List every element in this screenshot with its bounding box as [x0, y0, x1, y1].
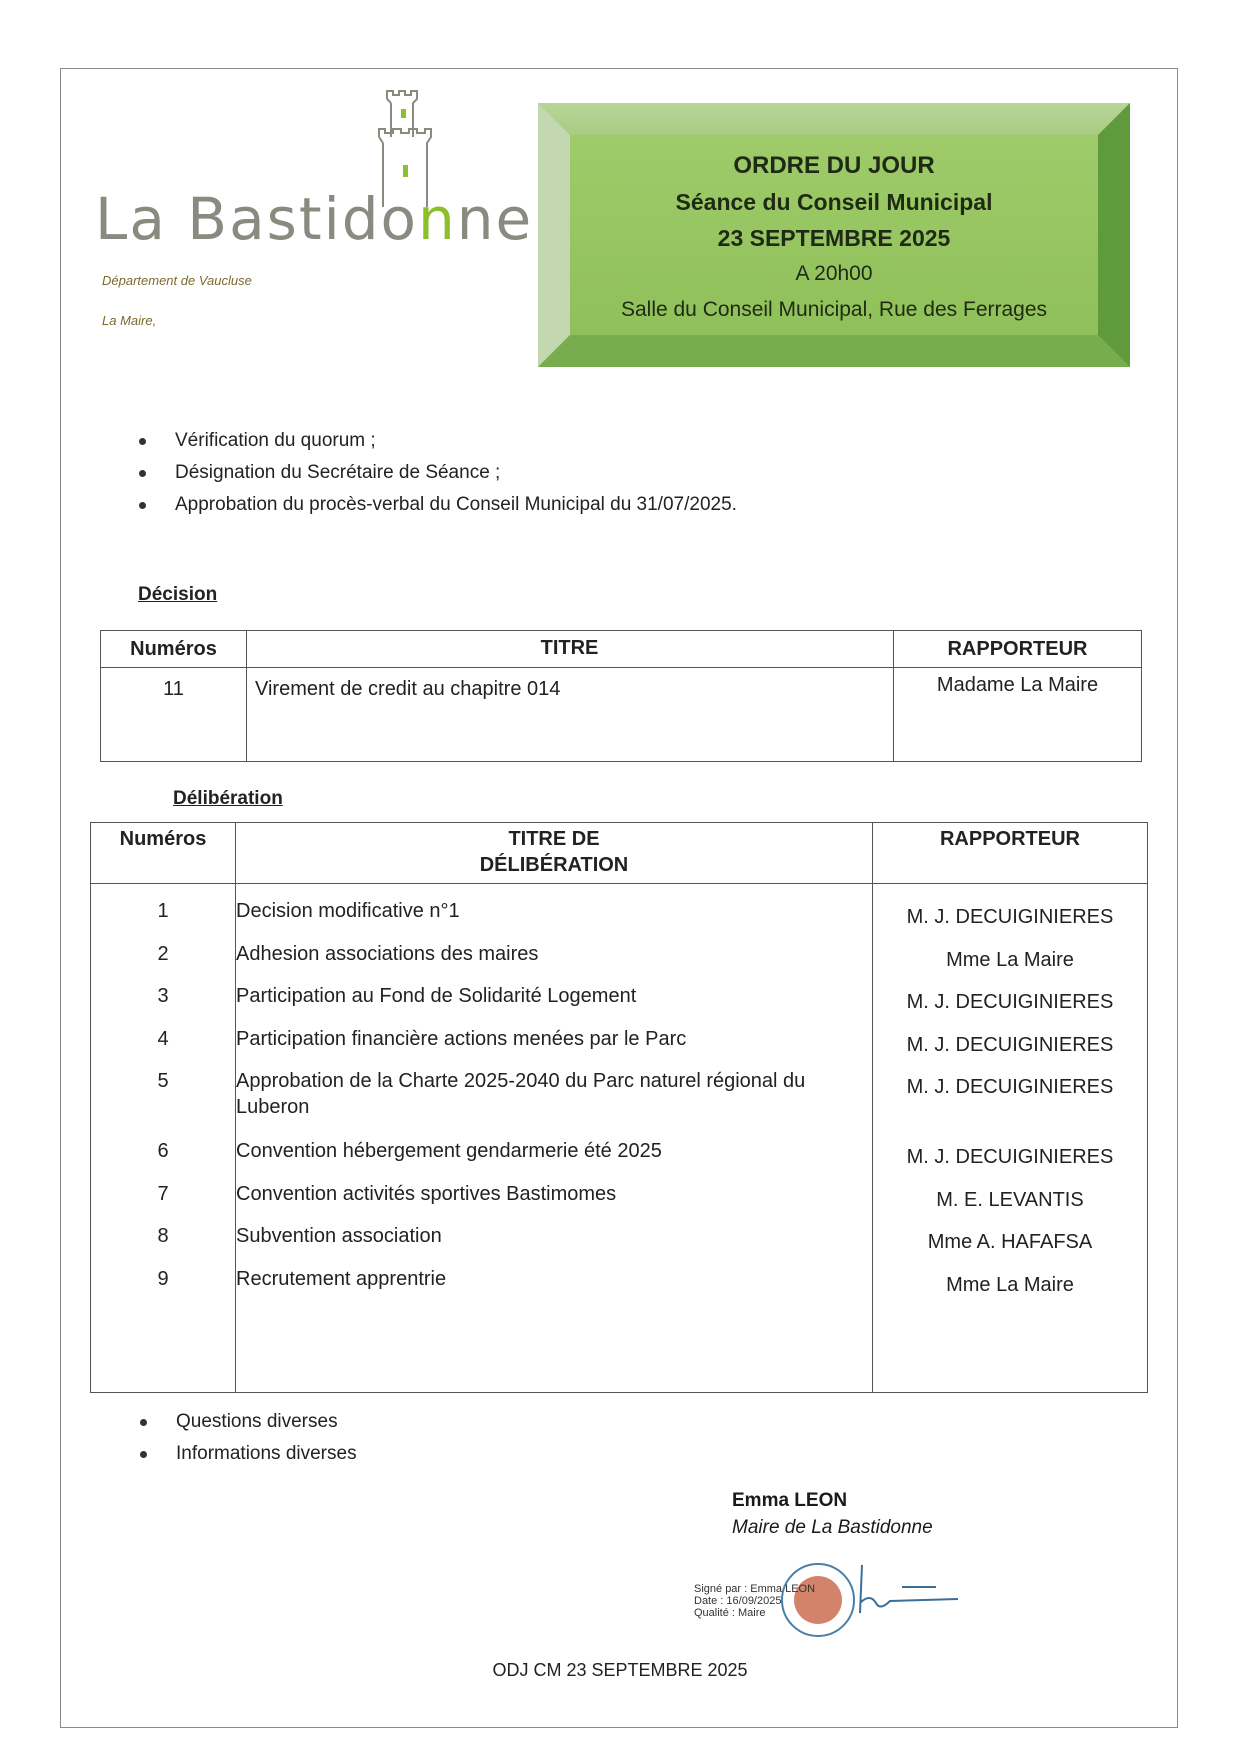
- row-title: Participation financière actions menées …: [236, 1026, 872, 1069]
- deliberation-table: Numéros TITRE DE DÉLIBÉRATION RAPPORTEUR…: [90, 822, 1148, 1393]
- list-item: Informations diverses: [140, 1438, 357, 1470]
- table-row: 11 Virement de credit au chapitre 014 Ma…: [101, 668, 1142, 762]
- row-num: 2: [91, 941, 235, 984]
- page-footer: ODJ CM 23 SEPTEMBRE 2025: [0, 1660, 1240, 1681]
- num-column: 123456789: [91, 884, 236, 1393]
- row-num: 7: [91, 1181, 235, 1224]
- signatory-name: Emma LEON: [732, 1490, 847, 1512]
- row-rapporteur: Mme La Maire: [873, 941, 1147, 984]
- logo: La Bastidonne: [95, 85, 515, 255]
- author-label: La Maire,: [102, 313, 156, 328]
- banner-date: 23 SEPTEMBRE 2025: [538, 220, 1130, 256]
- decision-heading: Décision: [138, 584, 217, 606]
- decision-table: Numéros TITRE RAPPORTEUR 11 Virement de …: [100, 630, 1142, 762]
- col-header-rapporteur: RAPPORTEUR: [873, 823, 1148, 884]
- col-header-num: Numéros: [91, 823, 236, 884]
- list-item: Questions diverses: [140, 1406, 357, 1438]
- row-num: 3: [91, 983, 235, 1026]
- agenda-banner: ORDRE DU JOUR Séance du Conseil Municipa…: [538, 103, 1130, 367]
- banner-time: A 20h00: [538, 256, 1130, 292]
- deliberation-heading: Délibération: [173, 788, 283, 810]
- row-rapporteur: M. J. DECUIGINIERES: [873, 1068, 1147, 1138]
- row-num: 8: [91, 1223, 235, 1266]
- row-rapporteur: M. J. DECUIGINIERES: [873, 983, 1147, 1026]
- banner-place: Salle du Conseil Municipal, Rue des Ferr…: [538, 292, 1130, 328]
- signature-scribble-icon: [850, 1563, 960, 1623]
- row-title: Participation au Fond de Solidarité Loge…: [236, 983, 872, 1026]
- department-label: Département de Vaucluse: [102, 273, 252, 288]
- col-header-title: TITRE DE DÉLIBÉRATION: [236, 823, 873, 884]
- row-title: Approbation de la Charte 2025-2040 du Pa…: [236, 1068, 872, 1138]
- row-num: 11: [101, 668, 247, 762]
- row-title: Recrutement apprentrie: [236, 1266, 872, 1309]
- row-num: 1: [91, 898, 235, 941]
- row-rapporteur: M. J. DECUIGINIERES: [873, 898, 1147, 941]
- rapporteur-column: M. J. DECUIGINIERESMme La MaireM. J. DEC…: [873, 884, 1148, 1393]
- row-num: 4: [91, 1026, 235, 1069]
- row-rapporteur: M. J. DECUIGINIERES: [873, 1026, 1147, 1069]
- outro-list: Questions diverses Informations diverses: [140, 1406, 357, 1470]
- signatory-role: Maire de La Bastidonne: [732, 1517, 933, 1539]
- logo-wordmark: La Bastidonne: [95, 185, 533, 253]
- row-title: Adhesion associations des maires: [236, 941, 872, 984]
- row-num: 9: [91, 1266, 235, 1309]
- row-num: 5: [91, 1068, 235, 1138]
- row-rapporteur: Mme La Maire: [873, 1266, 1147, 1309]
- row-rapporteur: M. E. LEVANTIS: [873, 1181, 1147, 1224]
- row-title: Convention activités sportives Bastimome…: [236, 1181, 872, 1224]
- col-header-title: TITRE: [247, 631, 894, 668]
- row-title: Virement de credit au chapitre 014: [247, 668, 894, 762]
- row-num: 6: [91, 1138, 235, 1181]
- row-title: Subvention association: [236, 1223, 872, 1266]
- list-item: Approbation du procès-verbal du Conseil …: [139, 489, 737, 521]
- row-rapporteur: Madame La Maire: [894, 668, 1142, 762]
- title-column: Decision modificative n°1Adhesion associ…: [236, 884, 873, 1393]
- row-rapporteur: M. J. DECUIGINIERES: [873, 1138, 1147, 1181]
- row-title: Decision modificative n°1: [236, 898, 872, 941]
- list-item: Vérification du quorum ;: [139, 425, 737, 457]
- row-title: Convention hébergement gendarmerie été 2…: [236, 1138, 872, 1181]
- row-rapporteur: Mme A. HAFAFSA: [873, 1223, 1147, 1266]
- col-header-rapporteur: RAPPORTEUR: [894, 631, 1142, 668]
- e-signature-details: Signé par : Emma LEON Date : 16/09/2025 …: [694, 1583, 815, 1619]
- banner-subtitle: Séance du Conseil Municipal: [538, 184, 1130, 220]
- col-header-num: Numéros: [101, 631, 247, 668]
- intro-list: Vérification du quorum ; Désignation du …: [139, 425, 737, 521]
- list-item: Désignation du Secrétaire de Séance ;: [139, 457, 737, 489]
- banner-title: ORDRE DU JOUR: [538, 148, 1130, 184]
